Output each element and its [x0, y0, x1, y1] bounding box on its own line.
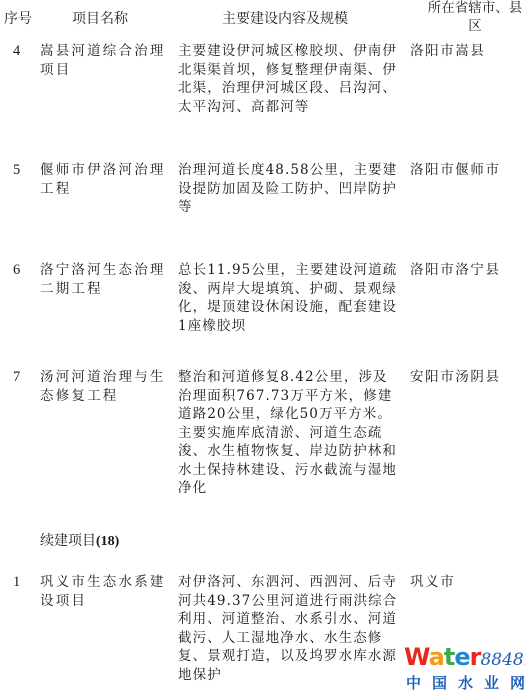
- section-count: (18): [96, 534, 119, 549]
- project-name: 偃师市伊洛河治理工程: [40, 161, 168, 198]
- watermark-brand: Water8848.com: [404, 643, 525, 671]
- header-serial-number: 序号: [4, 8, 32, 28]
- brand-number: 8848: [480, 650, 523, 670]
- watermark-logo: Water8848.com 中国水业网: [400, 643, 525, 694]
- brand-letter: t: [444, 643, 454, 671]
- project-location: 洛阳市嵩县: [410, 42, 525, 61]
- row-number: 4: [13, 42, 20, 61]
- brand-letter: W: [404, 643, 429, 671]
- project-location: 洛阳市偃师市: [410, 161, 525, 180]
- header-main-content: 主要建设内容及规模: [222, 8, 348, 28]
- row-number: 5: [13, 161, 20, 180]
- brand-letter: a: [429, 643, 444, 671]
- project-name: 嵩县河道综合治理项目: [40, 42, 168, 79]
- brand-letter: e: [454, 643, 469, 671]
- project-content: 对伊洛河、东泗河、西泗河、后寺河共49.37公里河道进行雨洪综合利用、河道整治、…: [178, 573, 400, 684]
- project-content: 整治和河道修复8.42公里，涉及治理面积767.73万平方米，修建道路20公里，…: [178, 368, 400, 498]
- project-location: 巩义市: [410, 573, 525, 592]
- watermark-subtitle: 中国水业网: [406, 672, 525, 693]
- project-name: 汤河河道治理与生态修复工程: [40, 368, 168, 405]
- row-number: 7: [13, 368, 20, 387]
- project-name: 巩义市生态水系建设项目: [40, 573, 168, 610]
- section-heading-continued-projects: 续建项目(18): [40, 530, 119, 550]
- project-location: 洛阳市洛宁县: [410, 261, 525, 280]
- project-content: 总长11.95公里，主要建设河道疏浚、两岸大堤填筑、护砌、景观绿化，堤顶建设休闲…: [178, 261, 400, 335]
- project-content: 治理河道长度48.58公里，主要建设提防加固及险工防护、凹岸防护等: [178, 161, 400, 217]
- header-location: 所在省辖市、县区: [425, 0, 525, 35]
- brand-letter: r: [470, 643, 481, 671]
- project-name: 洛宁洛河生态治理二期工程: [40, 261, 168, 298]
- header-project-name: 项目名称: [72, 8, 128, 28]
- row-number: 1: [13, 573, 20, 592]
- row-number: 6: [13, 261, 20, 280]
- project-location: 安阳市汤阴县: [410, 368, 525, 387]
- project-content: 主要建设伊河城区橡胶坝、伊南伊北渠渠首坝，修复整理伊南渠、伊北渠，治理伊河城区段…: [178, 42, 400, 116]
- table-header: 序号 项目名称 主要建设内容及规模 所在省辖市、县区: [0, 0, 525, 36]
- section-label: 续建项目: [40, 533, 96, 549]
